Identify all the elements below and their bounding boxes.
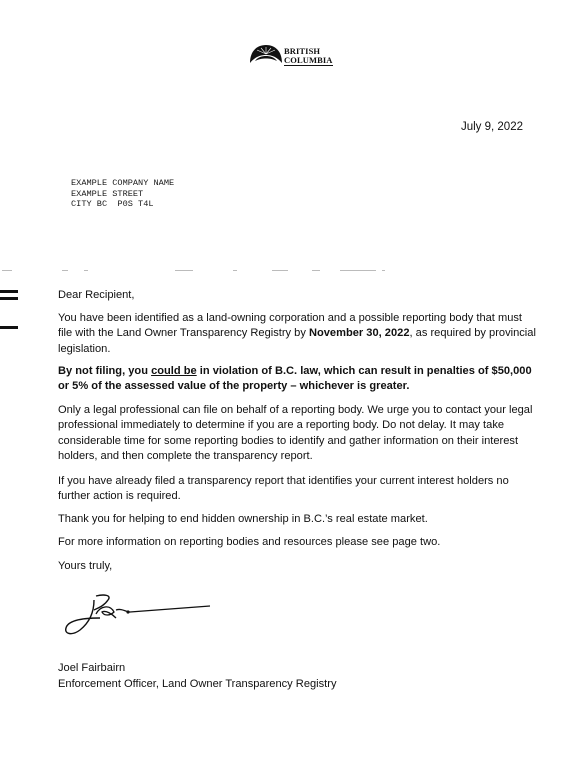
salutation: Dear Recipient,	[58, 288, 538, 303]
paragraph-filing-requirement: You have been identified as a land-ownin…	[58, 311, 538, 357]
bc-sunset-crest-icon	[249, 43, 283, 65]
filing-deadline: November 30, 2022	[309, 327, 410, 339]
margin-fold-mark	[0, 297, 18, 300]
paragraph-thank-you: Thank you for helping to end hidden owne…	[58, 512, 538, 527]
p2-text: By not filing, you	[58, 365, 151, 377]
bc-wordmark: BRITISH COLUMBIA	[284, 47, 333, 66]
could-be-emphasis: could be	[151, 365, 197, 377]
signatory-title: Enforcement Officer, Land Owner Transpar…	[58, 677, 538, 692]
recipient-company: EXAMPLE COMPANY NAME	[71, 178, 174, 189]
closing: Yours truly,	[58, 559, 538, 574]
paragraph-already-filed: If you have already filed a transparency…	[58, 474, 538, 505]
margin-fold-mark	[0, 326, 18, 329]
recipient-address: EXAMPLE COMPANY NAMEEXAMPLE STREETCITY B…	[71, 178, 174, 210]
letter-date: July 9, 2022	[461, 121, 523, 133]
scan-artifact-line	[0, 270, 400, 273]
paragraph-more-info: For more information on reporting bodies…	[58, 535, 538, 550]
wordmark-line2: COLUMBIA	[284, 56, 333, 66]
handwritten-signature-icon	[60, 588, 220, 648]
signatory-name: Joel Fairbairn	[58, 661, 538, 676]
recipient-city: CITY BC P0S T4L	[71, 199, 174, 210]
bc-government-logo: BRITISH COLUMBIA	[249, 43, 339, 69]
paragraph-penalty-warning: By not filing, you could be in violation…	[58, 364, 538, 395]
margin-fold-mark	[0, 290, 18, 293]
paragraph-legal-professional: Only a legal professional can file on be…	[58, 403, 538, 464]
recipient-street: EXAMPLE STREET	[71, 189, 174, 200]
